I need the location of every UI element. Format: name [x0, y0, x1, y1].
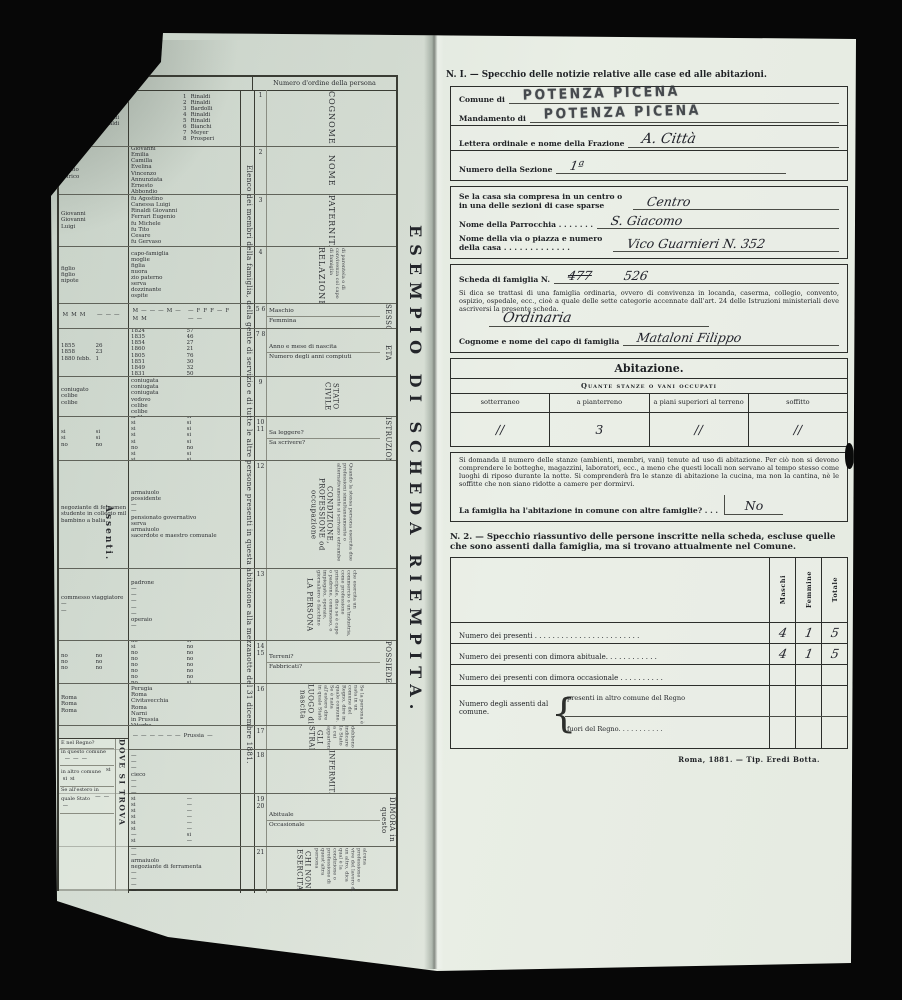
stanze-note-box: Si domanda il numero delle stanze (ambie… — [450, 452, 848, 522]
present-numbers: 12345678 — [129, 94, 189, 143]
elenco-title: Elenco dei membri della famiglia, della … — [243, 165, 256, 968]
field-label: ISTRUZIONE — [384, 417, 392, 460]
comune-stamp: POTENZA PICENA — [522, 82, 679, 103]
absent-writes: sìsìno — [94, 429, 129, 447]
centro-handwriting: Centro — [646, 194, 692, 209]
n2-row-occasionale: Numero dei presenti con dimora occasiona… — [451, 664, 847, 685]
absent-buildings: nonono — [94, 653, 129, 671]
present-surnames: RinaldiRinaldiBardolliRinaldiRinaldiBian… — [189, 94, 241, 143]
n2-header-row: Maschi Femmine Totale — [451, 558, 847, 622]
absent-civil-status: coniugatocelibecelibe — [59, 387, 128, 405]
field-label: SESSO — [384, 304, 392, 328]
stanze-value: ∕∕ — [496, 422, 504, 437]
n2-row-abituale: Numero dei presenti con dimora abituale.… — [451, 643, 847, 664]
band-stato-civile: coniugatocelibecelibe coniugatoconiugata… — [59, 376, 396, 416]
band-possiede: nonono nonono nosìnononononono sìnononon… — [59, 640, 396, 683]
capo-handwriting: Mataloni Filippo — [636, 330, 743, 345]
field-label: INFERMITÀ — [328, 750, 336, 793]
present-lands: nosìnononononono — [129, 641, 185, 683]
absent-sex-male: MMM — [59, 312, 94, 320]
field-label: LUOGO di nascita — [299, 684, 315, 725]
brace-glyph: { — [551, 686, 565, 748]
stanze-value: ∕∕ — [694, 422, 702, 437]
band-luogo: RomaRomaRoma RomaPerugiaRomaCivitavecchi… — [59, 683, 396, 725]
assenti-label: Assenti. — [103, 505, 113, 561]
field-label: CHI NON ESERCITA — [296, 847, 312, 893]
absent-relations: figliofiglionipote — [59, 266, 128, 284]
field-label: STATO CIVILE — [324, 377, 340, 416]
casa-box: Se la casa sia compresa in un centro o i… — [450, 186, 848, 259]
absent-numbers: 123 — [59, 109, 98, 127]
abitazione-title: Abitazione. — [451, 359, 847, 379]
band-nome: LuigiEmilioEnrico GiovanniEmiliaCamillaE… — [59, 146, 396, 194]
mandamento-stamp: POTENZA PICENA — [543, 101, 700, 122]
field-label: RELAZIONE — [317, 247, 326, 303]
col-maschi: Maschi — [779, 575, 787, 604]
field-note: alcuna professione e vive del lavoro di … — [314, 848, 368, 892]
band-la-persona: commesso viaggiatore—— padrone—————opera… — [59, 568, 396, 640]
comune-box: Comune di POTENZA PICENA Mandamento di P… — [450, 86, 848, 181]
absent-paternity: GiovanniGiovanniLuigi — [59, 211, 128, 229]
absent-names: LuigiEmilioEnrico — [59, 161, 128, 179]
values-in-questo: ——— — [61, 758, 91, 764]
field-label: ETÀ — [384, 345, 392, 361]
field-note: Se la persona è nata in un comune del Re… — [317, 685, 365, 724]
band-relazione: figliofiglionipote capo-famigliamogliefi… — [59, 246, 396, 303]
frazione-handwriting: A. Città — [641, 131, 698, 147]
regno-label: È nel Regno? — [60, 740, 114, 749]
stanze-value: ∕∕ — [794, 422, 802, 437]
field-label: CONDIZIONE, PROFESSIONE od occupazione — [310, 461, 334, 568]
present-supporter: ——armaiuolonegoziante di ferramenta———— — [129, 847, 240, 893]
stanze-title: Quante stanze o vani occupati — [451, 379, 847, 394]
scheda-number-old: 477 — [567, 268, 594, 283]
present-infirmity: ————cieco——— — [129, 750, 240, 793]
stanze-header-row: sotterraneo a pianterreno a piani superi… — [451, 394, 847, 412]
n2-table: Maschi Femmine Totale Numero dei present… — [450, 557, 848, 749]
present-foreign-state: ——————Prussia— — [129, 733, 240, 741]
absent-lands: nonono — [59, 653, 94, 671]
present-writes: sìsìsìsìsìnosìsì — [185, 417, 241, 460]
present-birthplace: RomaPerugiaRomaCivitavecchiaRomaNarniin … — [129, 684, 240, 725]
scheda-number-new: 526 — [623, 268, 650, 283]
field-label: LA PERSONA — [306, 578, 314, 632]
corner-label: Numero d'ordine della persona — [252, 77, 396, 90]
famiglia-comune-handwriting: No — [745, 498, 763, 513]
field-label: NOME — [327, 155, 336, 187]
example-page-title: ESEMPIO DI SCHEDA RIEMPITA. — [401, 225, 425, 785]
field-label: PATERNITÀ — [327, 195, 336, 246]
notizie-page: N. I. — Specchio delle notizie relative … — [440, 70, 856, 906]
example-table: Numero d'ordine della persona 123 Rinald… — [57, 75, 398, 891]
scheda-box: Scheda di famiglia N. 477 526 Si dica se… — [450, 264, 848, 353]
ink-blot — [845, 443, 854, 469]
dove-si-trova-box: È nel Regno? in questo comune ——— in alt… — [59, 738, 129, 891]
absent-sex-female: ——— — [94, 312, 129, 320]
present-residence-occasional: ——————sì— — [185, 796, 241, 845]
absent-birth-year: 185518581880 febb. — [59, 343, 94, 361]
present-sex-male: M———M—MM — [129, 308, 185, 324]
present-age: 5746272176303250 — [185, 329, 241, 376]
field-note: di parentela o di convivenza col capo di… — [328, 248, 346, 302]
printer-footer: Roma, 1881. — Tip. Eredi Botta. — [440, 755, 820, 764]
absent-reads: sìsìno — [59, 429, 94, 447]
stanze-value-row: ∕∕ 3 ∕∕ ∕∕ — [451, 412, 847, 446]
present-role: padrone—————operaio— — [129, 580, 240, 629]
present-profession: armaiuolopossidente——pensionato governat… — [129, 490, 240, 539]
field-label: COGNOME — [327, 91, 336, 145]
abitazione-box: Abitazione. Quante stanze o vani occupat… — [450, 358, 848, 447]
field-label: DIMORA in questo Comune — [380, 794, 396, 846]
sezione-handwriting: 1ª — [569, 158, 586, 173]
example-page: Numero d'ordine della persona 123 Rinald… — [57, 75, 425, 897]
categoria-handwriting: Ordinaria — [502, 310, 573, 326]
absent-surnames: RinaldiRinaldiRinaldi — [98, 109, 129, 127]
field-label: GLI STRANIERI — [308, 726, 324, 749]
n2-row-assenti: Numero degli assenti dal comune. { prese… — [451, 685, 847, 748]
present-buildings: sìnonononononosì — [185, 641, 241, 683]
present-names: GiovanniEmiliaCamillaEvelinaVincenzoAnnu… — [129, 147, 240, 194]
table-corner-row: Numero d'ordine della persona — [59, 77, 396, 91]
field-label: POSSIEDE — [384, 641, 392, 683]
n2-heading: N. 2. — Specchio riassuntivo delle perso… — [450, 532, 848, 552]
field-note: che esercita un commercio o un'industria… — [316, 570, 358, 638]
n2-row-presenti: Numero dei presenti . . . . . . . . . . … — [451, 622, 847, 643]
band-eta: 185518581880 febb. 26231 182418351854186… — [59, 328, 396, 376]
field-note: Quando la stessa persona esercita due pr… — [336, 463, 354, 566]
absent-age: 26231 — [94, 343, 129, 361]
present-civil-status: coniugatoconiugataconiugataconiugatavedo… — [129, 377, 240, 416]
band-paternita: GiovanniGiovanniLuigi fu AgostinoCanessa… — [59, 194, 396, 246]
stanze-note: Si domanda il numero delle stanze (ambie… — [451, 453, 847, 489]
via-handwriting: Vico Guarnieri N. 352 — [626, 236, 767, 251]
absent-profession: negoziante di ferramentastudente in coll… — [59, 505, 128, 523]
n1-heading: N. I. — Specchio delle notizie relative … — [446, 70, 852, 80]
absent-role: commesso viaggiatore—— — [59, 595, 128, 613]
paper-sheet: Numero d'ordine della persona 123 Rinald… — [0, 0, 902, 1000]
present-sex-female: —FFF—F—— — [185, 308, 241, 324]
present-residence-usual: sìsìsìsìsìsì—sì — [129, 796, 185, 845]
scanned-census-photo: Numero d'ordine della persona 123 Rinald… — [0, 0, 902, 1000]
present-paternity: fu AgostinoCanessa LuigiRinaldi Giovanni… — [129, 196, 240, 245]
col-totale: Totale — [831, 577, 839, 602]
field-note: debbono indicare lo Stato a cui apparten… — [326, 726, 356, 748]
parrocchia-handwriting: S. Giacomo — [610, 213, 684, 228]
band-istruzione: sìsìno sìsìno sìsìsìsìsìnosìsì sìsìsìsìs… — [59, 416, 396, 460]
band-sesso: MMM ——— M———M—MM —FFF—F—— 5 6 Maschio Fe… — [59, 303, 396, 328]
col-femmine: Femmine — [805, 571, 813, 608]
present-birth-year: 18241835185418601805185118491831 — [129, 329, 185, 376]
dove-si-trova-title: DOVE SI TROVA — [115, 739, 128, 891]
band-cognome: 123 RinaldiRinaldiRinaldi 12345678 Rinal… — [59, 90, 396, 146]
center-fold — [424, 33, 444, 969]
absent-birthplace: RomaRomaRoma — [59, 695, 128, 713]
stanze-value: 3 — [595, 422, 603, 437]
present-reads: sìsìsìsìsìnosìsì — [129, 417, 185, 460]
present-relations: capo-famigliamogliefiglianuorazio patern… — [129, 251, 240, 300]
